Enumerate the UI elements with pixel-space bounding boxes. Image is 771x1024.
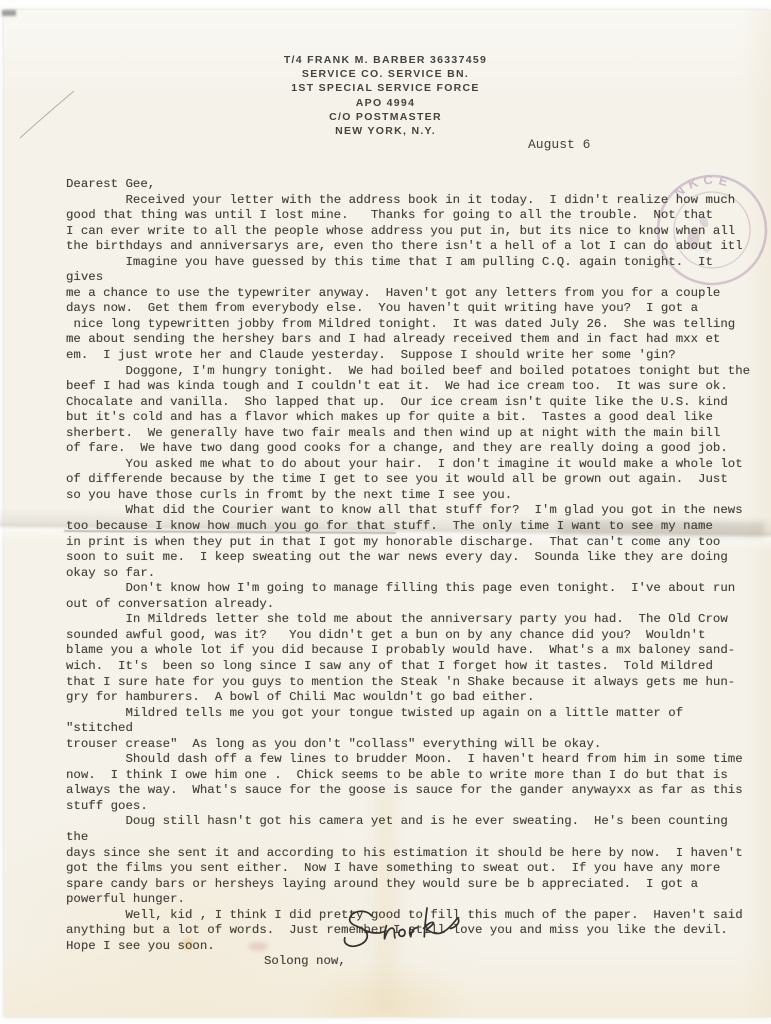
scan-corner-shadow <box>2 10 16 16</box>
greeting: Dearest Gee, <box>66 177 756 193</box>
paragraph: You asked me what to do about your hair.… <box>66 457 756 504</box>
letter-scan: T/4 FRANK M. BARBER 36337459 SERVICE CO.… <box>0 0 771 1024</box>
signature-handwritten: Snork <box>338 895 473 967</box>
paragraph: Mildred tells me you got your tongue twi… <box>66 706 756 753</box>
paragraph: What did the Courier want to know all th… <box>66 503 756 581</box>
paragraph: Received your letter with the address bo… <box>66 193 756 255</box>
letterhead-line-force: 1ST SPECIAL SERVICE FORCE <box>0 81 771 95</box>
letterhead-line-city: NEW YORK, N.Y. <box>0 124 771 138</box>
letterhead-line-apo: APO 4994 <box>0 96 771 110</box>
letterhead-line-unit: SERVICE CO. SERVICE BN. <box>0 67 771 81</box>
paragraph: Don't know how I'm going to manage filli… <box>66 581 756 612</box>
paragraph: In Mildreds letter she told me about the… <box>66 612 756 705</box>
letterhead-line-postmaster: C/O POSTMASTER <box>0 110 771 124</box>
paragraph: Imagine you have guessed by this time th… <box>66 255 756 364</box>
paragraph: Should dash off a few lines to brudder M… <box>66 752 756 814</box>
letter-body: Dearest Gee, Received your letter with t… <box>66 177 756 970</box>
letterhead: T/4 FRANK M. BARBER 36337459 SERVICE CO.… <box>0 53 771 138</box>
letter-date: August 6 <box>528 137 590 152</box>
paragraph: Doug still hasn't got his camera yet and… <box>66 814 756 907</box>
paragraph: Doggone, I'm hungry tonight. We had boil… <box>66 364 756 457</box>
signature-drawing <box>338 895 472 962</box>
letterhead-line-name: T/4 FRANK M. BARBER 36337459 <box>0 53 771 67</box>
